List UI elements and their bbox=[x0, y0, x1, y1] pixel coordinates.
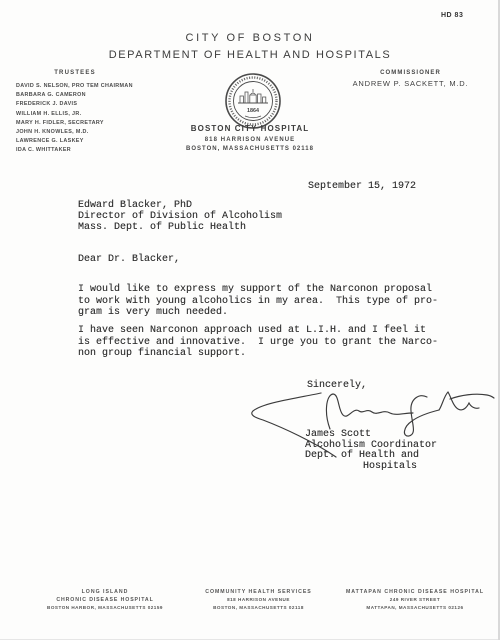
footer-facility-mattapan: MATTAPAN CHRONIC DISEASE HOSPITAL 249 RI… bbox=[330, 588, 500, 612]
hospital-address-city: BOSTON, MASSACHUSETTS 02118 bbox=[0, 146, 500, 152]
letterhead-city-title: CITY OF BOSTON bbox=[0, 32, 500, 44]
recipient-address-block: Edward Blacker, PhD Director of Division… bbox=[78, 200, 282, 233]
footer-facility-name: COMMUNITY HEALTH SERVICES bbox=[186, 588, 331, 596]
letterhead-department-title: DEPARTMENT OF HEALTH AND HOSPITALS bbox=[0, 49, 500, 61]
signed-department-line1: Dept. of Health and bbox=[305, 450, 419, 461]
trustees-heading: TRUSTEES bbox=[16, 70, 134, 76]
department-seal-icon: 1864 bbox=[224, 72, 282, 130]
footer-facility-name2: CHRONIC DISEASE HOSPITAL bbox=[25, 596, 185, 604]
body-paragraph-1: I would like to express my support of th… bbox=[78, 284, 438, 319]
document-reference-number: HD 83 bbox=[441, 12, 463, 19]
letter-date: September 15, 1972 bbox=[308, 181, 416, 192]
body-paragraph-2: I have seen Narconon approach used at L.… bbox=[78, 325, 438, 360]
signed-department-line2: Hospitals bbox=[363, 461, 417, 472]
signed-title: Alcoholism Coordinator bbox=[305, 440, 437, 451]
footer-facility-long-island: LONG ISLAND CHRONIC DISEASE HOSPITAL BOS… bbox=[25, 588, 185, 612]
footer-facility-address: BOSTON, MASSACHUSETTS 02118 bbox=[186, 604, 331, 612]
footer-facility-name: MATTAPAN CHRONIC DISEASE HOSPITAL bbox=[330, 588, 500, 596]
trustee-name: DAVID S. NELSON, PRO TEM CHAIRMAN bbox=[16, 82, 146, 91]
footer-facility-street: 818 HARRISON AVENUE bbox=[186, 596, 331, 604]
footer-facility-community-health: COMMUNITY HEALTH SERVICES 818 HARRISON A… bbox=[186, 588, 331, 612]
hospital-address-street: 818 HARRISON AVENUE bbox=[0, 137, 500, 143]
signed-name: James Scott bbox=[305, 429, 371, 440]
commissioner-name: ANDREW P. SACKETT, M.D. bbox=[348, 79, 473, 88]
footer-facility-address: MATTAPAN, MASSACHUSETTS 02126 bbox=[330, 604, 500, 612]
svg-text:1864: 1864 bbox=[247, 108, 259, 114]
footer-facility-name: LONG ISLAND bbox=[25, 588, 185, 596]
commissioner-heading: COMMISSIONER bbox=[348, 70, 473, 76]
letter-page: HD 83 CITY OF BOSTON DEPARTMENT OF HEALT… bbox=[0, 0, 500, 640]
footer-facility-address: BOSTON HARBOR, MASSACHUSETTS 02159 bbox=[25, 604, 185, 612]
footer-facility-street: 249 RIVER STREET bbox=[330, 596, 500, 604]
salutation: Dear Dr. Blacker, bbox=[78, 254, 180, 265]
trustee-name: BARBARA G. CAMERON bbox=[16, 91, 146, 100]
closing-salutation: Sincerely, bbox=[307, 380, 367, 391]
trustee-name: FREDERICK J. DAVIS bbox=[16, 100, 146, 109]
trustee-name: WILLIAM H. ELLIS, JR. bbox=[16, 110, 146, 119]
hospital-name: BOSTON CITY HOSPITAL bbox=[0, 124, 500, 133]
commissioner-block: COMMISSIONER ANDREW P. SACKETT, M.D. bbox=[348, 70, 473, 88]
